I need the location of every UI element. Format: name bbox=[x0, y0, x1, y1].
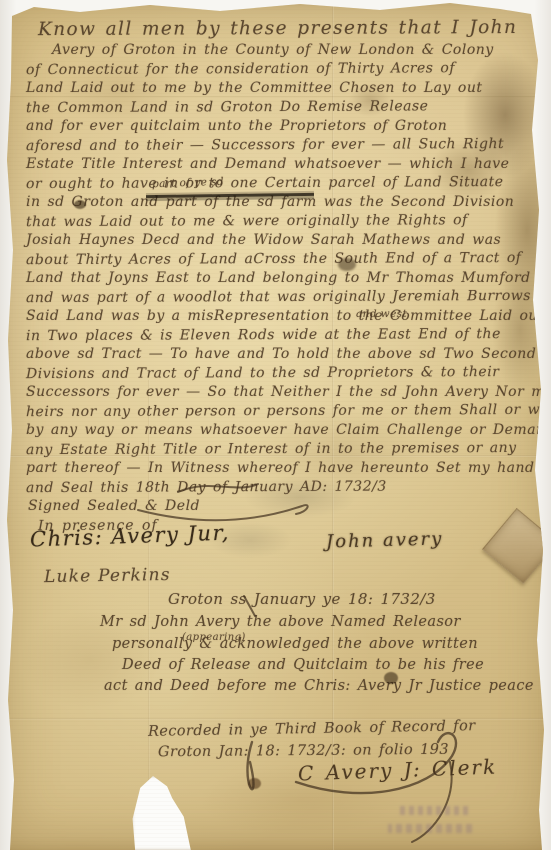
paper-tear bbox=[130, 776, 194, 850]
acknowledgment-line-1: Mr sd John Avery the above Named Releaso… bbox=[100, 614, 461, 630]
deed-body-line: and for ever quitclaim unto the Propriet… bbox=[26, 117, 539, 136]
wafer-seal bbox=[482, 508, 551, 584]
acknowledgment-line-2: personally & acknowledged the above writ… bbox=[112, 636, 478, 652]
deed-body-line: Josiah Haynes Decd and the Widow Sarah M… bbox=[26, 231, 539, 250]
acknowledgment-interline: (appearing) bbox=[182, 632, 246, 643]
deed-body-line: that was Laid out to me & were originall… bbox=[26, 211, 539, 232]
grantor-signature: John avery bbox=[326, 528, 444, 552]
acknowledgment-place-date: Groton ss January ye 18: 1732/3 bbox=[168, 590, 436, 608]
deed-body-line: In presence of bbox=[26, 515, 539, 536]
deed-body-line: Know all men by these presents that I Jo… bbox=[26, 16, 539, 42]
deed-body-line: Estate Title Interest and Demand whatsoe… bbox=[26, 155, 539, 174]
ink-blot-4 bbox=[248, 778, 261, 789]
clerk-signature: C Avery J: Clerk bbox=[298, 755, 498, 786]
deed-body-line: about Thirty Acres of Land aCross the So… bbox=[26, 249, 539, 270]
fold-crease-horizontal-3 bbox=[0, 96, 551, 97]
witness-signature-1: Chris: Avery Jur, bbox=[30, 521, 231, 552]
deed-body-line: any Estate Right Title or Interest of in… bbox=[26, 439, 539, 460]
deed-body-line: part thereof — In Witness whereof I have… bbox=[26, 459, 539, 478]
witness-signature-2: Luke Perkins bbox=[44, 565, 171, 587]
deed-body-line: Successors for ever — So that Neither I … bbox=[26, 383, 539, 402]
deed-body-line: of Connecticut for the consideration of … bbox=[26, 59, 539, 80]
interline-note-and-west: and west bbox=[356, 308, 407, 320]
ink-blot-3 bbox=[384, 672, 398, 684]
deed-body-line: by any way or means whatsoever have Clai… bbox=[26, 421, 539, 440]
deed-body-line: heirs nor any other person or persons fo… bbox=[26, 401, 539, 422]
record-line-1: Recorded in ye Third Book of Record for bbox=[148, 718, 476, 740]
deed-body-line: aforesd and to their — Successors for ev… bbox=[26, 135, 539, 156]
deed-body-line: Avery of Groton in the County of New Lon… bbox=[26, 41, 539, 60]
deed-body-line: and was part of a woodlot that was origi… bbox=[26, 287, 539, 308]
deed-body-line: Land Laid out to me by the Committee Cho… bbox=[26, 79, 539, 98]
record-line-2: Groton Jan: 18: 1732/3: on folio 193 bbox=[158, 742, 449, 761]
deed-body-line: Said Land was by a misRepresentation to … bbox=[26, 307, 539, 326]
aged-paper-sheet: Know all men by these presents that I Jo… bbox=[0, 0, 551, 850]
fold-crease-vertical-1 bbox=[332, 0, 334, 850]
deed-body-line: Land that Joyns East to Land belonging t… bbox=[26, 269, 539, 288]
deed-body-line: in sd Groton and part of the sd farm was… bbox=[26, 193, 539, 212]
acknowledgment-line-3: Deed of Release and Quitclaim to be his … bbox=[122, 657, 484, 673]
deed-body-line: Divisions and Tract of Land to the sd Pr… bbox=[26, 363, 539, 384]
fold-crease-horizontal-1 bbox=[0, 455, 551, 457]
ink-blot-1 bbox=[74, 200, 86, 209]
ink-bleedthrough-1 bbox=[400, 806, 468, 815]
deed-body-line: in Two places & is Eleven Rods wide at t… bbox=[26, 325, 539, 346]
interline-note-part-of: part of ye sd bbox=[152, 176, 224, 191]
paper-stains bbox=[0, 0, 551, 850]
ink-bleedthrough-2 bbox=[388, 824, 472, 833]
deed-body-line: above sd Tract — To have and To hold the… bbox=[26, 345, 539, 364]
strikethrough-mark bbox=[146, 193, 314, 198]
deed-body-line: Signed Sealed & Deld bbox=[26, 497, 539, 516]
acknowledgment-line-4: act and Deed before me Chris: Avery Jr J… bbox=[104, 678, 534, 694]
deed-body-line: the Common Land in sd Groton Do Remise R… bbox=[26, 97, 539, 118]
fold-crease-vertical-2 bbox=[148, 380, 150, 850]
deed-body-line: and Seal this 18th Day of January AD: 17… bbox=[26, 477, 539, 498]
deed-body-line: or ought to have in or to one Certain pa… bbox=[26, 173, 539, 194]
ink-blot-2 bbox=[338, 258, 356, 271]
fold-crease-horizontal-2 bbox=[0, 718, 551, 720]
pen-flourishes bbox=[0, 0, 551, 850]
deed-body-text: Know all men by these presents that I Jo… bbox=[26, 17, 539, 535]
scanned-document-photo: Know all men by these presents that I Jo… bbox=[0, 0, 551, 850]
